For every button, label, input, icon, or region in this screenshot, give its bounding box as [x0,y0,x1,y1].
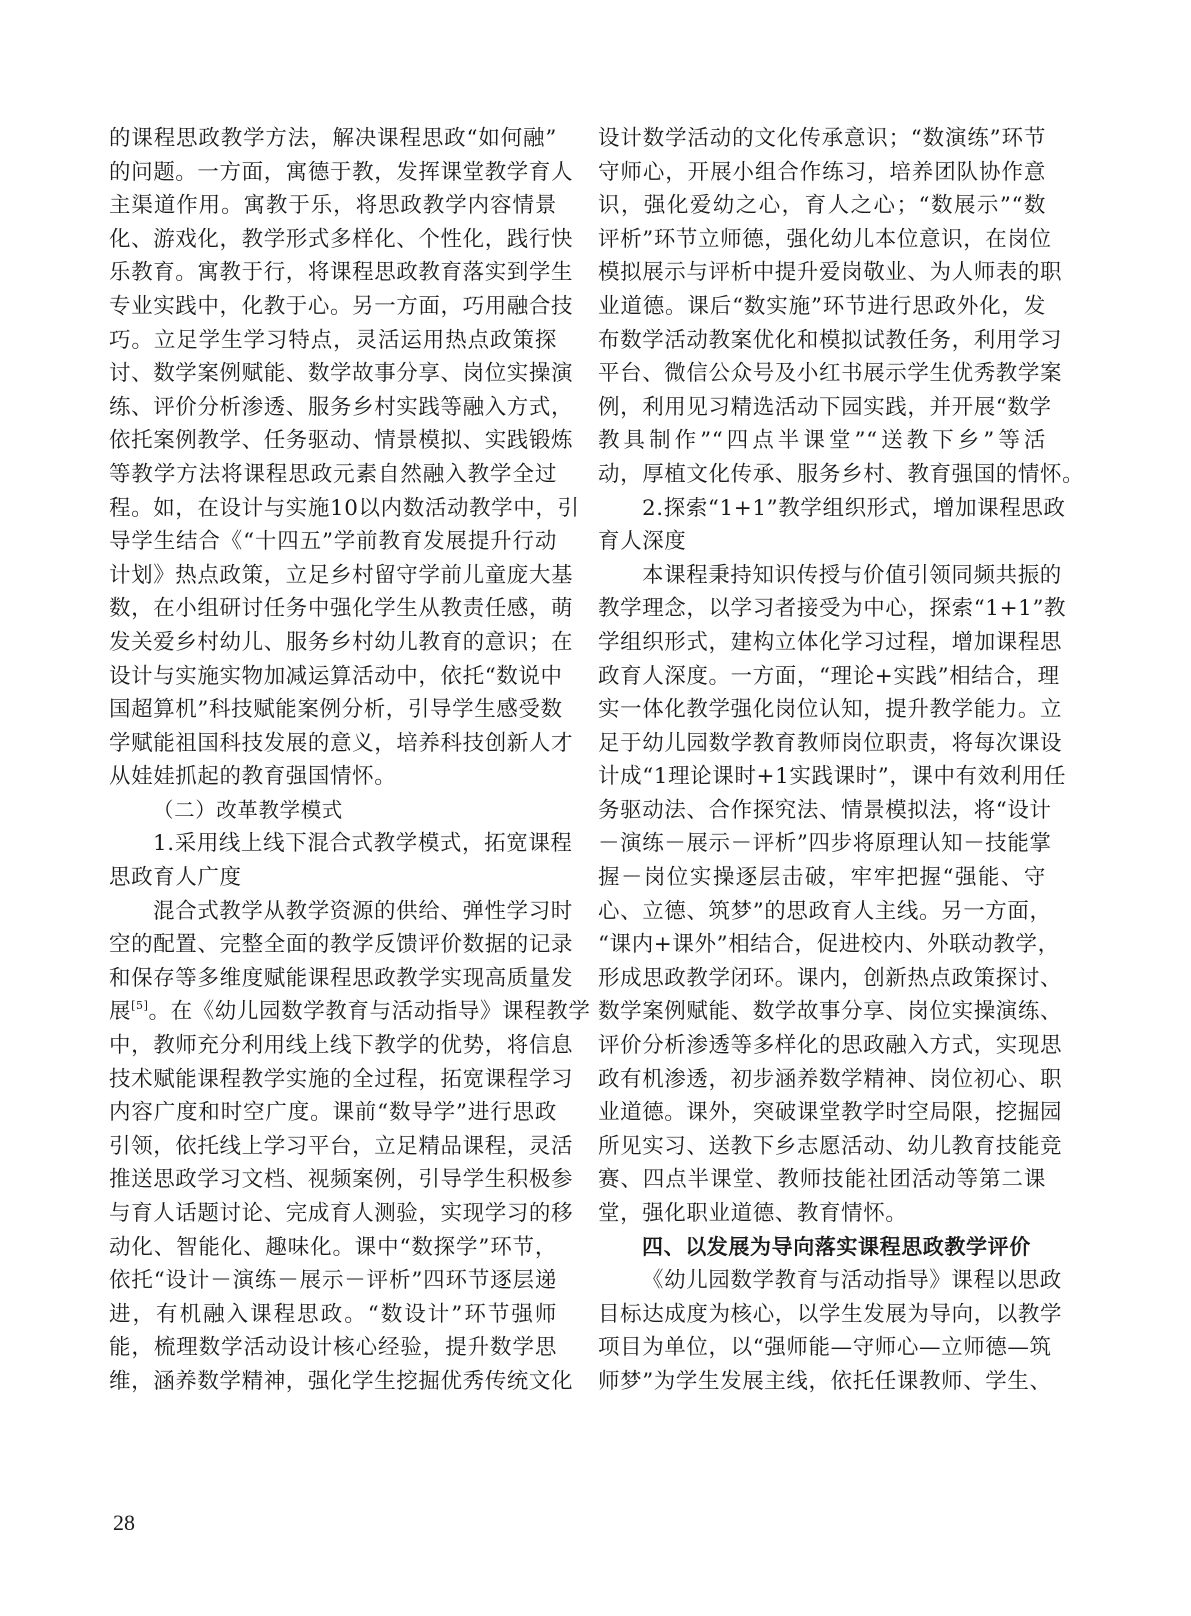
text-line: 本课程秉持知识传授与价值引领同频共振的 [598,559,1046,593]
text-line: 实一体化教学强化岗位认知，提升教学能力。立 [598,693,1046,727]
text-line: 2.探索“1+1”教学组织形式，增加课程思政 [598,492,1046,526]
text-line: 引领，依托线上学习平台，立足精品课程，灵活 [109,1130,557,1164]
text-line: 《幼儿园数学教育与活动指导》课程以思政 [598,1264,1046,1298]
text-line: －演练－展示－评析”四步将原理认知－技能掌 [598,827,1046,861]
text-line: 模拟展示与评析中提升爱岗敬业、为人师表的职 [598,256,1046,290]
text-line: 的课程思政教学方法，解决课程思政“如何融” [109,122,557,156]
text-line: 混合式教学从教学资源的供给、弹性学习时 [109,895,557,929]
text-line: 依托案例教学、任务驱动、情景模拟、实践锻炼 [109,424,557,458]
text-line: 堂，强化职业道德、教育情怀。 [598,1197,1046,1231]
text-line: 动，厚植文化传承、服务乡村、教育强国的情怀。 [598,458,1046,492]
text-line: 设计与实施实物加减运算活动中，依托“数说中 [109,660,557,694]
left-column: 的课程思政教学方法，解决课程思政“如何融” 的问题。一方面，寓德于教，发挥课堂教… [109,122,557,1399]
text-line: 的问题。一方面，寓德于教，发挥课堂教学育人 [109,156,557,190]
text-line: 识，强化爱幼之心，育人之心；“数展示”“数 [598,189,1046,223]
text-line: 从娃娃抓起的教育强国情怀。 [109,760,557,794]
text-line: 业道德。课后“数实施”环节进行思政外化，发 [598,290,1046,324]
text-line: 教学理念，以学习者接受为中心，探索“1+1”教 [598,592,1046,626]
text-line: 内容广度和时空广度。课前“数导学”进行思政 [109,1096,557,1130]
text-line: 守师心，开展小组合作练习，培养团队协作意 [598,156,1046,190]
text-line: 例，利用见习精选活动下园实践，并开展“数学 [598,391,1046,425]
text-line: 赛、四点半课堂、教师技能社团活动等第二课 [598,1163,1046,1197]
text-line: 学组织形式，建构立体化学习过程，增加课程思 [598,626,1046,660]
right-column: 设计数学活动的文化传承意识；“数演练”环节 守师心，开展小组合作练习，培养团队协… [598,122,1046,1399]
text-line: 心、立德、筑梦”的思政育人主线。另一方面， [598,895,1046,929]
text-line: 化、游戏化，教学形式多样化、个性化，践行快 [109,223,557,257]
text-line: 1.采用线上线下混合式教学模式，拓宽课程 [109,827,557,861]
text-line: 评析”环节立师德，强化幼儿本位意识，在岗位 [598,223,1046,257]
text-line: 专业实践中，化教于心。另一方面，巧用融合技 [109,290,557,324]
text-line: 练、评价分析渗透、服务乡村实践等融入方式， [109,391,557,425]
text-line: 依托“设计－演练－展示－评析”四环节逐层递 [109,1264,557,1298]
text-line: 计划》热点政策，立足乡村留守学前儿童庞大基 [109,559,557,593]
text-line: 数学案例赋能、数学故事分享、岗位实操演练、 [598,995,1046,1029]
text-line: 目标达成度为核心，以学生发展为导向，以教学 [598,1298,1046,1332]
text-line: 务驱动法、合作探究法、情景模拟法，将“设计 [598,794,1046,828]
paragraph-blended-learning-continued: 设计数学活动的文化传承意识；“数演练”环节 守师心，开展小组合作练习，培养团队协… [598,122,1046,492]
text-line: 主渠道作用。寓教于乐，将思政教学内容情景 [109,189,557,223]
text-line: 空的配置、完整全面的教学反馈评价数据的记录 [109,928,557,962]
subsection-title-blended-learning: 1.采用线上线下混合式教学模式，拓宽课程 思政育人广度 [109,827,557,894]
text-line: 平台、微信公众号及小红书展示学生优秀教学案 [598,357,1046,391]
text-line: 政有机渗透，初步涵养数学精神、岗位初心、职 [598,1063,1046,1097]
text-line: 中，教师充分利用线上线下教学的优势，将信息 [109,1029,557,1063]
text-line: 导学生结合《“十四五”学前教育发展提升行动 [109,525,557,559]
text-line: 和保存等多维度赋能课程思政教学实现高质量发 [109,962,557,996]
text-line: 师梦”为学生发展主线，依托任课教师、学生、 [598,1365,1046,1399]
subheading-reform-teaching-mode: （二）改革教学模式 [109,794,557,828]
text-line: 政育人深度。一方面，“理论+实践”相结合，理 [598,660,1046,694]
text-line: 进，有机融入课程思政。“数设计”环节强师 [109,1298,557,1332]
text-line: 数，在小组研讨任务中强化学生从教责任感，萌 [109,592,557,626]
text-line: 学赋能祖国科技发展的意义，培养科技创新人才 [109,727,557,761]
page-number: 28 [113,1510,135,1536]
text-line: 动化、智能化、趣味化。课中“数探学”环节， [109,1231,557,1265]
text-line: 能，梳理数学活动设计核心经验，提升数学思 [109,1331,557,1365]
text-line: 技术赋能课程教学实施的全过程，拓宽课程学习 [109,1063,557,1097]
text-line: 国超算机”科技赋能案例分析，引导学生感受数 [109,693,557,727]
text-line: 业道德。课外，突破课堂教学时空局限，挖掘园 [598,1096,1046,1130]
text-fragment: 。在《幼儿园数学教育与活动指导》课程教学 [149,999,591,1024]
text-line: 握－岗位实操逐层击破，牢牢把握“强能、守 [598,861,1046,895]
text-line: 项目为单位，以“强师能—守师心—立师德—筑 [598,1331,1046,1365]
text-line-with-citation: 展[5]。在《幼儿园数学教育与活动指导》课程教学 [109,995,557,1029]
paragraph-evaluation: 《幼儿园数学教育与活动指导》课程以思政 目标达成度为核心，以学生发展为导向，以教… [598,1264,1046,1398]
text-line: 布数学活动教案优化和模拟试教任务，利用学习 [598,324,1046,358]
text-line: 设计数学活动的文化传承意识；“数演练”环节 [598,122,1046,156]
paragraph-blended-learning: 混合式教学从教学资源的供给、弹性学习时 空的配置、完整全面的教学反馈评价数据的记… [109,895,557,1399]
text-line: 所见实习、送教下乡志愿活动、幼儿教育技能竞 [598,1130,1046,1164]
text-line: 与育人话题讨论、完成育人测验，实现学习的移 [109,1197,557,1231]
text-line: 教具制作”“四点半课堂”“送教下乡”等活 [598,424,1046,458]
text-fragment: 展 [109,999,131,1024]
text-line: 巧。立足学生学习特点，灵活运用热点政策探 [109,324,557,358]
text-line: 评价分析渗透等多样化的思政融入方式，实现思 [598,1029,1046,1063]
citation-reference: [5] [131,999,148,1012]
text-line: 程。如，在设计与实施10以内数活动教学中，引 [109,492,557,526]
section-heading-evaluation: 四、以发展为导向落实课程思政教学评价 [598,1231,1046,1265]
text-line: 形成思政教学闭环。课内，创新热点政策探讨、 [598,962,1046,996]
paragraph-1plus1-organization: 本课程秉持知识传授与价值引领同频共振的 教学理念，以学习者接受为中心，探索“1+… [598,559,1046,1231]
subsection-title-1plus1-organization: 2.探索“1+1”教学组织形式，增加课程思政 育人深度 [598,492,1046,559]
paragraph-methods: 的课程思政教学方法，解决课程思政“如何融” 的问题。一方面，寓德于教，发挥课堂教… [109,122,557,794]
text-line: 育人深度 [598,525,1046,559]
text-line: “课内+课外”相结合，促进校内、外联动教学， [598,928,1046,962]
text-line: 发关爱乡村幼儿、服务乡村幼儿教育的意识；在 [109,626,557,660]
text-line: 讨、数学案例赋能、数学故事分享、岗位实操演 [109,357,557,391]
text-line: 等教学方法将课程思政元素自然融入教学全过 [109,458,557,492]
text-line: 推送思政学习文档、视频案例，引导学生积极参 [109,1163,557,1197]
text-line: 乐教育。寓教于行，将课程思政教育落实到学生 [109,256,557,290]
text-line: 维，涵养数学精神，强化学生挖掘优秀传统文化 [109,1365,557,1399]
text-line: 计成“1理论课时+1实践课时”，课中有效利用任 [598,760,1046,794]
text-line: 足于幼儿园数学教育教师岗位职责，将每次课设 [598,727,1046,761]
text-line: 思政育人广度 [109,861,557,895]
